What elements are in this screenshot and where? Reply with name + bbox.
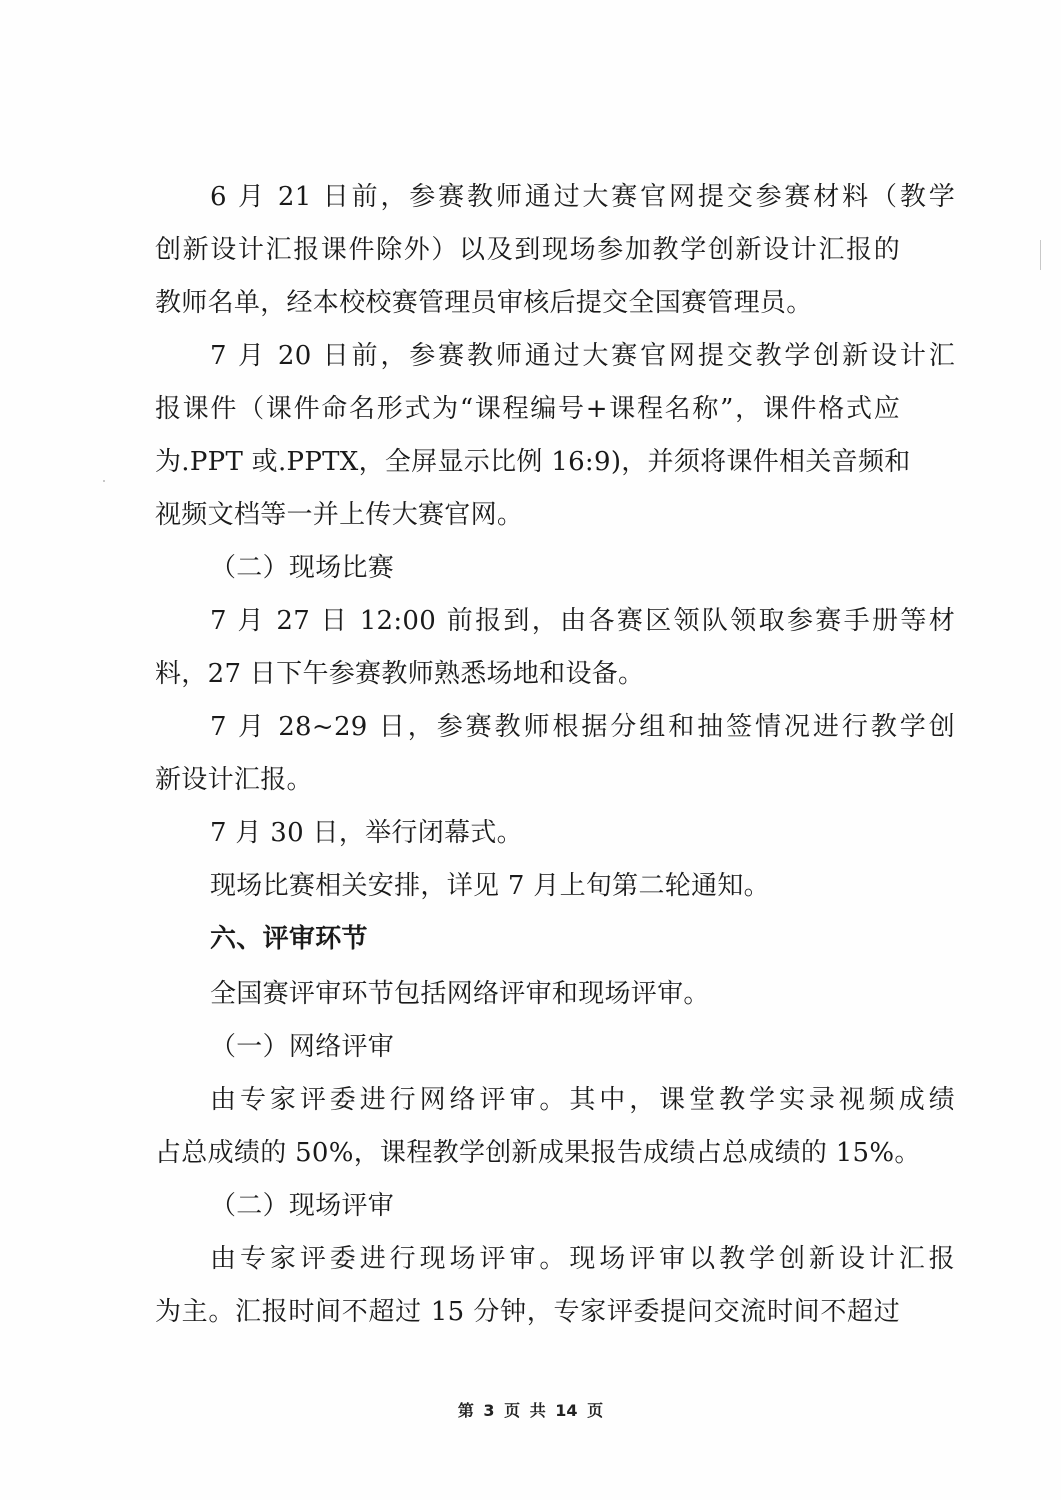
paragraph-line: 为主。汇报时间不超过 15 分钟，专家评委提问交流时间不超过 bbox=[155, 1297, 900, 1327]
page-number-footer: 第 3 页 共 14 页 bbox=[0, 1398, 1061, 1421]
paragraph-line: 创新设计汇报课件除外）以及到现场参加教学创新设计汇报的 bbox=[155, 235, 900, 265]
paragraph-line: 视频文档等一并上传大赛官网。 bbox=[155, 500, 900, 530]
paragraph-line: 料，27 日下午参赛教师熟悉场地和设备。 bbox=[155, 659, 900, 689]
paragraph-line: 7 月 28~29 日，参赛教师根据分组和抽签情况进行教学创 bbox=[210, 712, 955, 742]
paragraph-line: 由专家评委进行网络评审。其中，课堂教学实录视频成绩 bbox=[210, 1085, 955, 1115]
scan-speck bbox=[103, 480, 105, 482]
paragraph-line: 为.PPT 或.PPTX，全屏显示比例 16:9)，并须将课件相关音频和 bbox=[155, 447, 900, 477]
paragraph-line: 教师名单，经本校校赛管理员审核后提交全国赛管理员。 bbox=[155, 288, 900, 318]
paragraph-line: 全国赛评审环节包括网络评审和现场评审。 bbox=[210, 979, 955, 1009]
subheading-onsite-competition: （二）现场比赛 bbox=[210, 553, 955, 583]
paragraph-line: 由专家评委进行现场评审。现场评审以教学创新设计汇报 bbox=[210, 1244, 955, 1274]
section-heading-review: 六、评审环节 bbox=[210, 924, 955, 954]
subheading-onsite-review: （二）现场评审 bbox=[210, 1191, 955, 1221]
paragraph-line: 报课件（课件命名形式为“课程编号+课程名称”，课件格式应 bbox=[155, 394, 900, 424]
document-page: 6 月 21 日前，参赛教师通过大赛官网提交参赛材料（教学 创新设计汇报课件除外… bbox=[0, 0, 1061, 1500]
paragraph-line: 占总成绩的 50%，课程教学创新成果报告成绩占总成绩的 15%。 bbox=[155, 1138, 900, 1168]
paragraph-line: 6 月 21 日前，参赛教师通过大赛官网提交参赛材料（教学 bbox=[210, 182, 955, 212]
subheading-online-review: （一）网络评审 bbox=[210, 1032, 955, 1062]
paragraph-line: 新设计汇报。 bbox=[155, 765, 900, 795]
paragraph-line: 现场比赛相关安排，详见 7 月上旬第二轮通知。 bbox=[210, 871, 955, 901]
paragraph-line: 7 月 30 日，举行闭幕式。 bbox=[210, 818, 955, 848]
paragraph-line: 7 月 20 日前，参赛教师通过大赛官网提交教学创新设计汇 bbox=[210, 341, 955, 371]
scan-edge-mark bbox=[1040, 240, 1041, 270]
paragraph-line: 7 月 27 日 12:00 前报到，由各赛区领队领取参赛手册等材 bbox=[210, 606, 955, 636]
